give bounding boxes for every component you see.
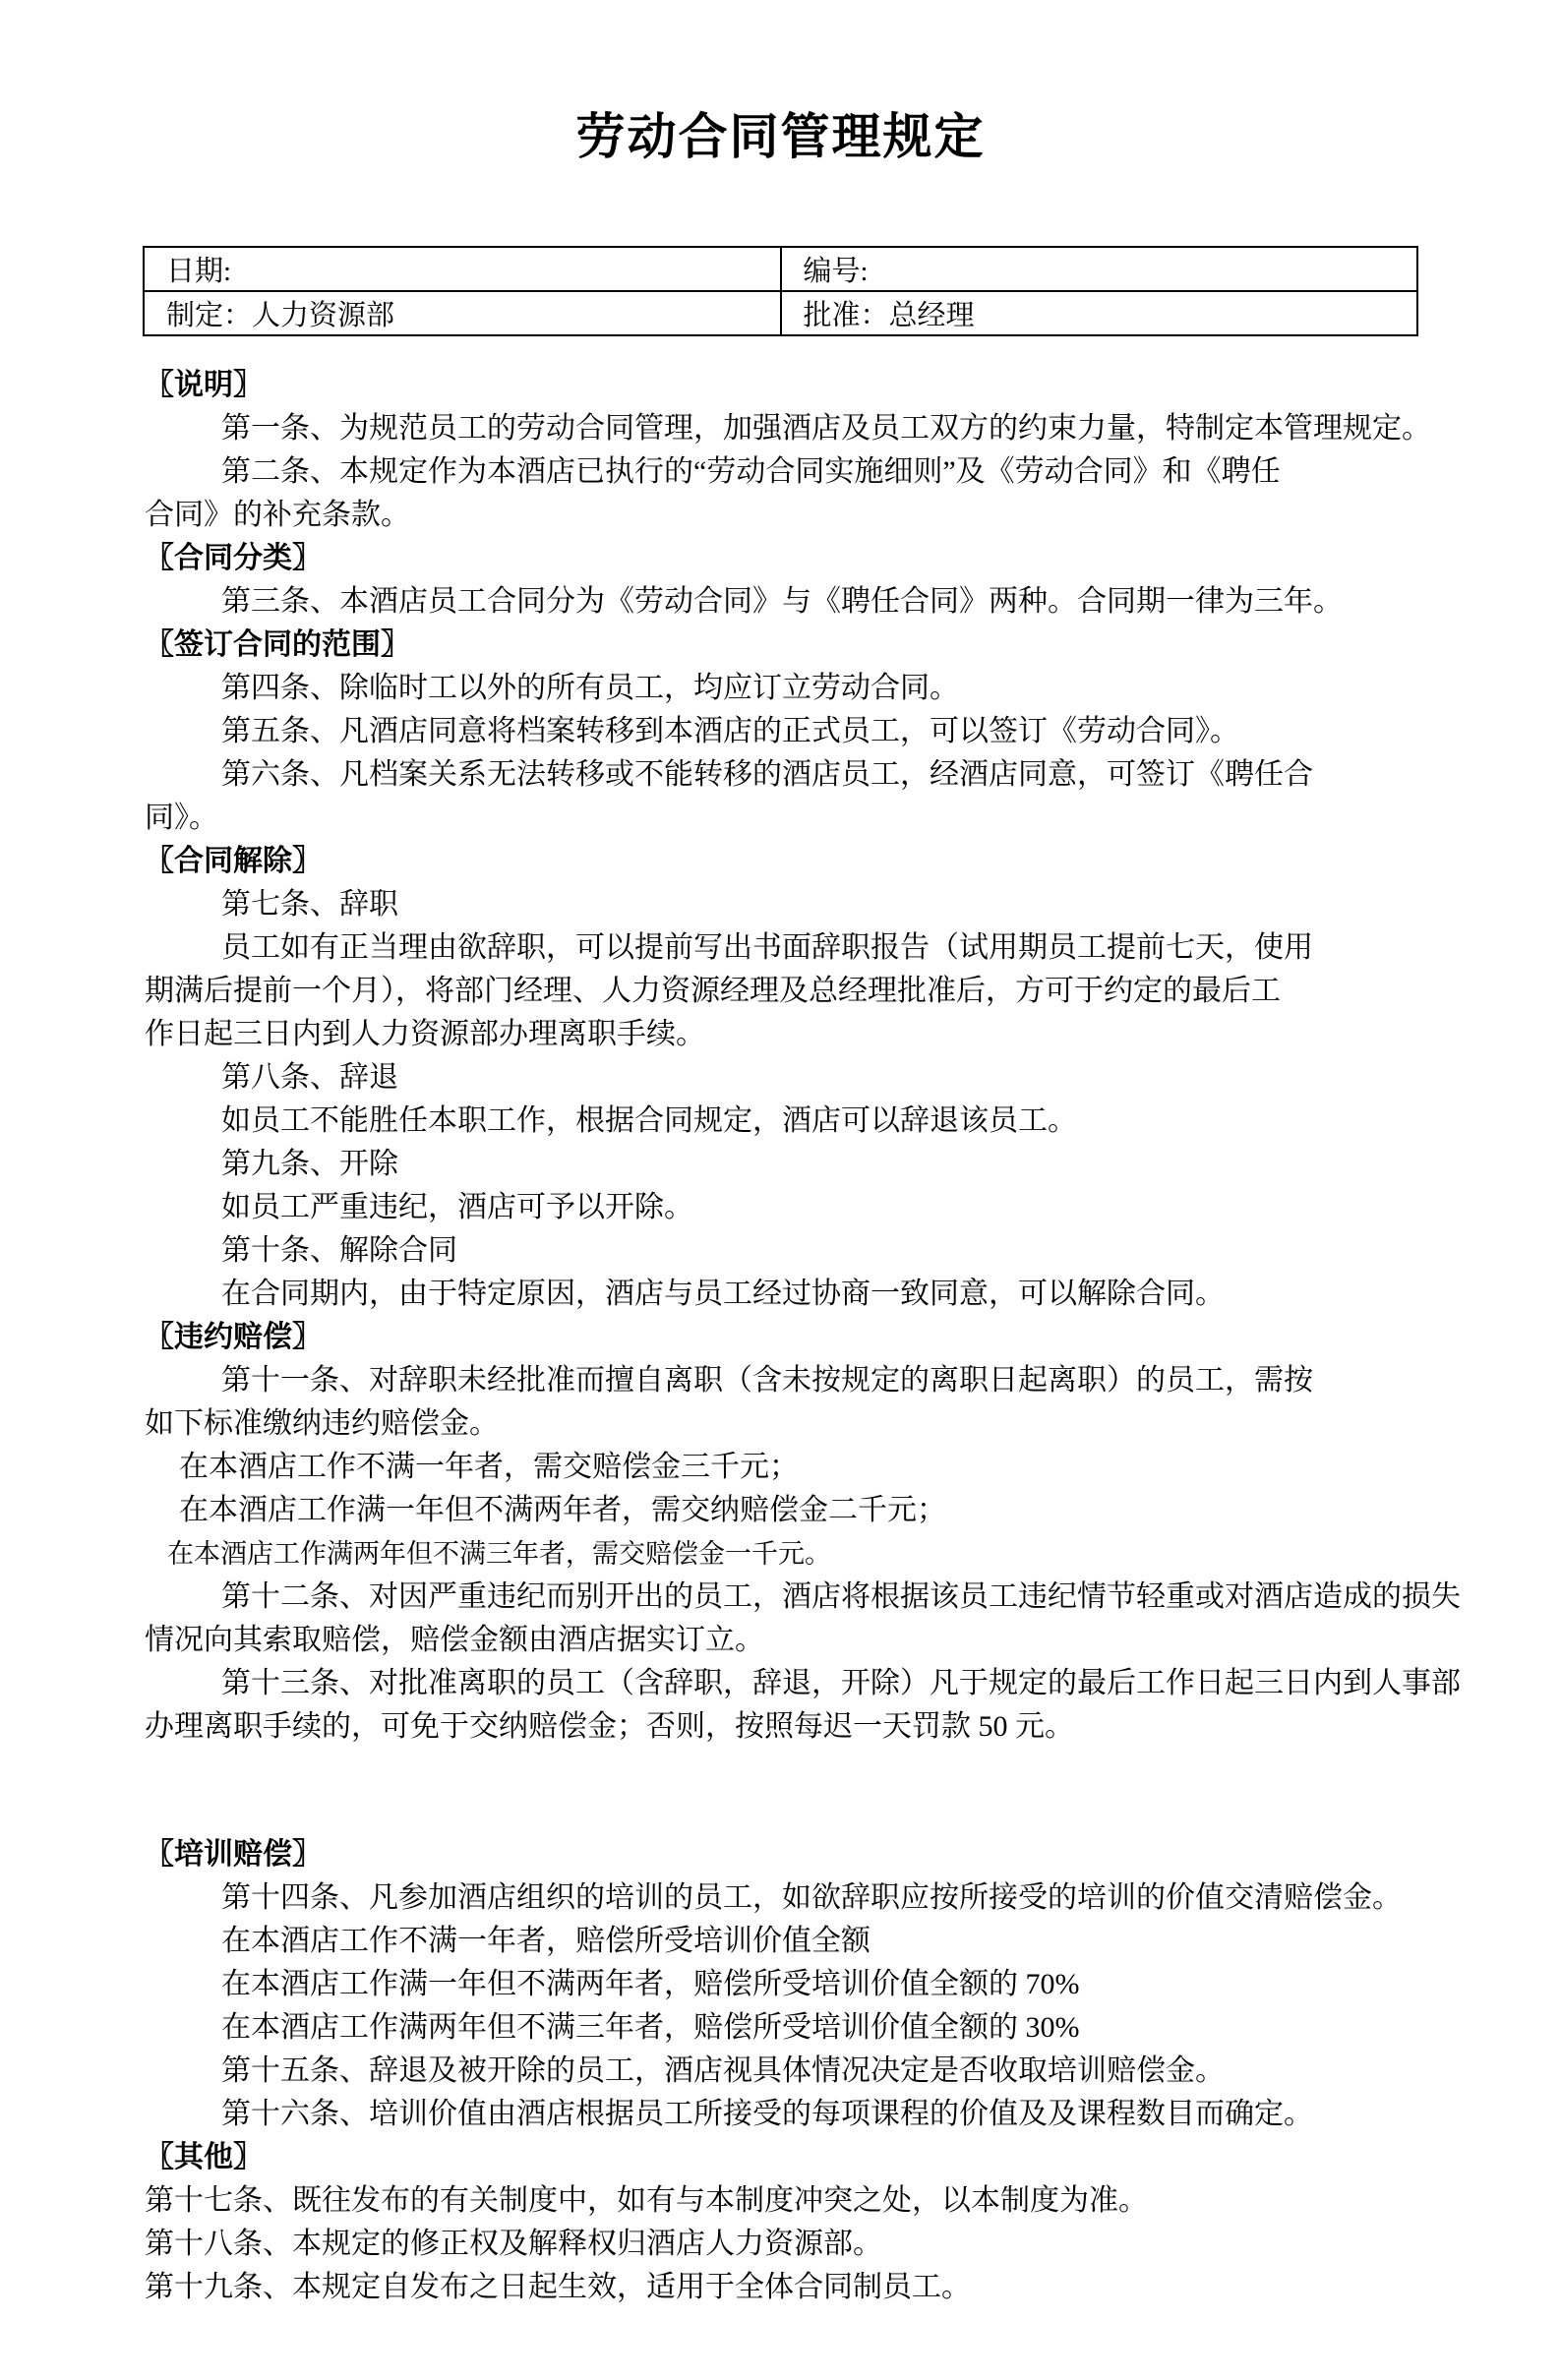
text-line: 在本酒店工作满一年但不满两年者，需交纳赔偿金二千元； xyxy=(145,1489,1423,1532)
text-line: 第十七条、既往发布的有关制度中，如有与本制度冲突之处，以本制度为准。 xyxy=(145,2179,1423,2223)
text-line: 第八条、辞退 xyxy=(145,1056,1423,1100)
section-header: 〖其他〗 xyxy=(145,2136,1423,2179)
text-line: 在本酒店工作满一年但不满两年者，赔偿所受培训价值全额的 70% xyxy=(145,1963,1423,2006)
text-line: 第十九条、本规定自发布之日起生效，适用于全体合同制员工。 xyxy=(145,2266,1423,2309)
document-body: 〖说明〗第一条、为规范员工的劳动合同管理，加强酒店及员工双方的约束力量，特制定本… xyxy=(145,364,1423,2309)
section-header: 〖培训赔偿〗 xyxy=(145,1833,1423,1876)
text-line: 第十二条、对因严重违纪而别开出的员工，酒店将根据该员工违纪情节轻重或对酒店造成的… xyxy=(145,1576,1423,1619)
info-table-cell: 日期: xyxy=(144,247,781,291)
text-line: 第一条、为规范员工的劳动合同管理，加强酒店及员工双方的约束力量，特制定本管理规定… xyxy=(145,407,1423,450)
text-line: 第十五条、辞退及被开除的员工，酒店视具体情况决定是否收取培训赔偿金。 xyxy=(145,2050,1423,2093)
text-line: 第十八条、本规定的修正权及解释权归酒店人力资源部。 xyxy=(145,2223,1423,2266)
text-line: 期满后提前一个月），将部门经理、人力资源经理及总经理批准后，方可于约定的最后工 xyxy=(145,970,1423,1013)
text-line: 第十三条、对批准离职的员工（含辞职，辞退，开除）凡于规定的最后工作日起三日内到人… xyxy=(145,1662,1423,1705)
info-table-cell: 编号: xyxy=(781,247,1418,291)
document-title: 劳动合同管理规定 xyxy=(0,106,1561,167)
text-line: 作日起三日内到人力资源部办理离职手续。 xyxy=(145,1013,1423,1056)
text-line: 在本酒店工作不满一年者，需交赔偿金三千元； xyxy=(145,1446,1423,1489)
text-line: 第七条、辞职 xyxy=(145,883,1423,926)
text-line: 情况向其索取赔偿，赔偿金额由酒店据实订立。 xyxy=(145,1619,1423,1662)
text-line: 第六条、凡档案关系无法转移或不能转移的酒店员工，经酒店同意，可签订《聘任合 xyxy=(145,753,1423,797)
text-line: 如员工不能胜任本职工作，根据合同规定，酒店可以辞退该员工。 xyxy=(145,1100,1423,1143)
text-line: 在本酒店工作满两年但不满三年者，赔偿所受培训价值全额的 30% xyxy=(145,2006,1423,2050)
text-line: 如员工严重违纪，酒店可予以开除。 xyxy=(145,1186,1423,1229)
document-page: 劳动合同管理规定 日期:编号:制定：人力资源部批准：总经理 〖说明〗第一条、为规… xyxy=(0,0,1561,2380)
section-header: 〖签订合同的范围〗 xyxy=(145,624,1423,667)
text-line: 如下标准缴纳违约赔偿金。 xyxy=(145,1402,1423,1446)
text-line: 第五条、凡酒店同意将档案转移到本酒店的正式员工，可以签订《劳动合同》。 xyxy=(145,710,1423,753)
text-line: 第三条、本酒店员工合同分为《劳动合同》与《聘任合同》两种。合同期一律为三年。 xyxy=(145,580,1423,624)
text-line: 在合同期内，由于特定原因，酒店与员工经过协商一致同意，可以解除合同。 xyxy=(145,1273,1423,1316)
text-line: 第十四条、凡参加酒店组织的培训的员工，如欲辞职应按所接受的培训的价值交清赔偿金。 xyxy=(145,1876,1423,1920)
info-table-cell: 制定：人力资源部 xyxy=(144,291,781,335)
section-header: 〖合同解除〗 xyxy=(145,840,1423,883)
text-line: 第二条、本规定作为本酒店已执行的“劳动合同实施细则”及《劳动合同》和《聘任 xyxy=(145,450,1423,494)
text-line: 在本酒店工作满两年但不满三年者，需交赔偿金一千元。 xyxy=(145,1532,1423,1576)
text-line: 第十一条、对辞职未经批准而擅自离职（含未按规定的离职日起离职）的员工，需按 xyxy=(145,1359,1423,1402)
section-header: 〖违约赔偿〗 xyxy=(145,1316,1423,1359)
info-table-row: 制定：人力资源部批准：总经理 xyxy=(144,291,1417,335)
text-line: 合同》的补充条款。 xyxy=(145,494,1423,537)
info-table-row: 日期:编号: xyxy=(144,247,1417,291)
text-line: 第四条、除临时工以外的所有员工，均应订立劳动合同。 xyxy=(145,667,1423,710)
info-table-cell: 批准：总经理 xyxy=(781,291,1418,335)
text-line: 办理离职手续的，可免于交纳赔偿金；否则，按照每迟一天罚款 50 元。 xyxy=(145,1705,1423,1749)
text-line: 员工如有正当理由欲辞职，可以提前写出书面辞职报告（试用期员工提前七天，使用 xyxy=(145,926,1423,970)
info-table-body: 日期:编号:制定：人力资源部批准：总经理 xyxy=(144,247,1417,335)
text-line: 同》。 xyxy=(145,797,1423,840)
text-line: 第九条、开除 xyxy=(145,1143,1423,1186)
section-header: 〖说明〗 xyxy=(145,364,1423,407)
info-table: 日期:编号:制定：人力资源部批准：总经理 xyxy=(143,246,1418,336)
section-header: 〖合同分类〗 xyxy=(145,537,1423,580)
text-line: 第十条、解除合同 xyxy=(145,1229,1423,1273)
text-line: 第十六条、培训价值由酒店根据员工所接受的每项课程的价值及及课程数目而确定。 xyxy=(145,2093,1423,2136)
text-line: 在本酒店工作不满一年者，赔偿所受培训价值全额 xyxy=(145,1920,1423,1963)
